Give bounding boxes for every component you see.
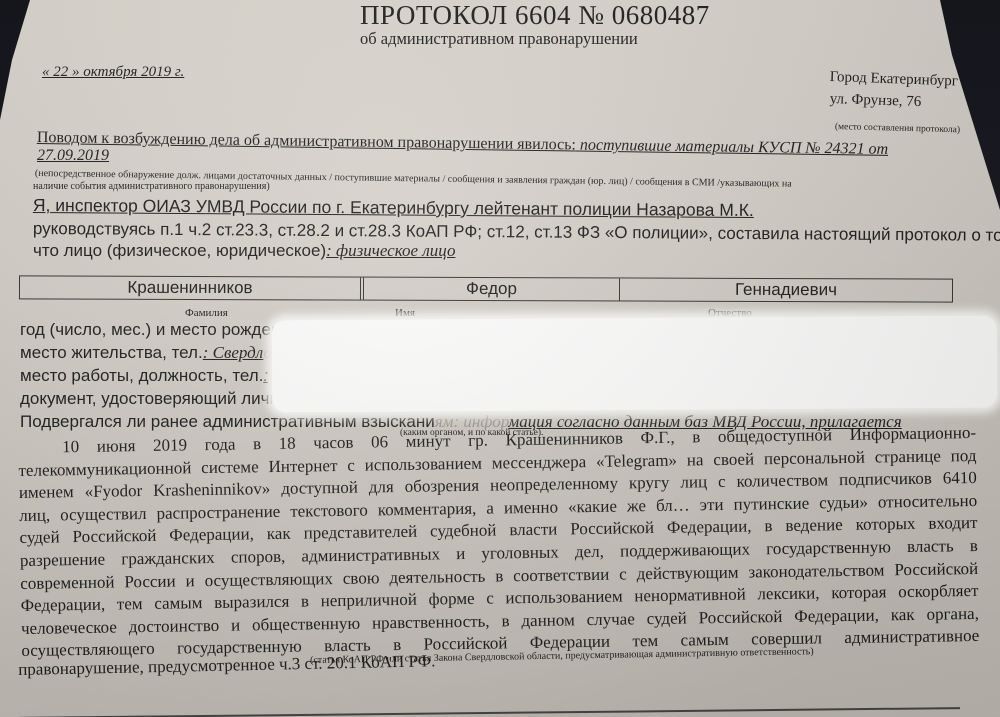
place-street: ул. Фрунзе, 76 (829, 91, 921, 111)
person-type-label: что лицо (физическое, юридическое) (33, 241, 326, 260)
birth-label: год (число, мес.) и место рождения: (20, 320, 308, 339)
patronymic-cell: Геннадиевич (620, 278, 952, 301)
residence-value: : Свердл (203, 343, 264, 362)
name-label: Имя (395, 307, 415, 319)
penalties-label: Подвергался ли ранее административным вз… (20, 412, 435, 431)
document-label: документ, удостоверяющий личнос (20, 389, 297, 408)
reason-caption-2: наличие события административного правон… (33, 181, 270, 192)
document-field: документ, удостоверяющий личнос (20, 389, 297, 409)
person-type-line: что лицо (физическое, юридическое): физи… (33, 241, 455, 261)
person-type-value: : физическое лицо (326, 241, 455, 260)
work-value: : (263, 366, 268, 385)
protocol-document: ПРОТОКОЛ 6604 № 0680487 об административ… (0, 0, 1000, 717)
protocol-date: « 22 » октября 2019 г. (42, 64, 184, 81)
reason-value-cont: 27.09.2019 (37, 147, 109, 165)
work-label: место работы, должность, тел. (20, 366, 263, 385)
inspector-line: Я, инспектор ОИАЗ УМВД России по г. Екат… (33, 195, 754, 221)
redaction-mark (272, 315, 998, 412)
place-caption: (место составления протокола) (835, 122, 960, 135)
work-field: место работы, должность, тел.: (20, 366, 268, 386)
residence-field: место жительства, тел.: Свердловск (20, 343, 295, 363)
protocol-subtitle: об административном правонарушении (360, 29, 638, 49)
reason-value: поступившие материалы КУСП № 24321 от (576, 137, 888, 158)
reason-line: Поводом к возбуждению дела об администра… (37, 129, 888, 159)
surname-label: Фамилия (185, 307, 228, 319)
name-table: Крашенинников Федор Геннадиевич (19, 275, 953, 302)
surname-cell: Крашенинников (20, 276, 364, 299)
residence-label: место жительства, тел. (20, 343, 203, 362)
offense-description: 10 июня 2019 года в 18 часов 06 минут гр… (18, 422, 979, 663)
signature-line (20, 707, 960, 717)
protocol-title: ПРОТОКОЛ 6604 № 0680487 (360, 0, 710, 31)
place-city: Город Екатеринбург (829, 69, 958, 90)
reason-label: Поводом к возбуждению дела об администра… (37, 129, 576, 154)
name-cell: Федор (364, 278, 620, 301)
